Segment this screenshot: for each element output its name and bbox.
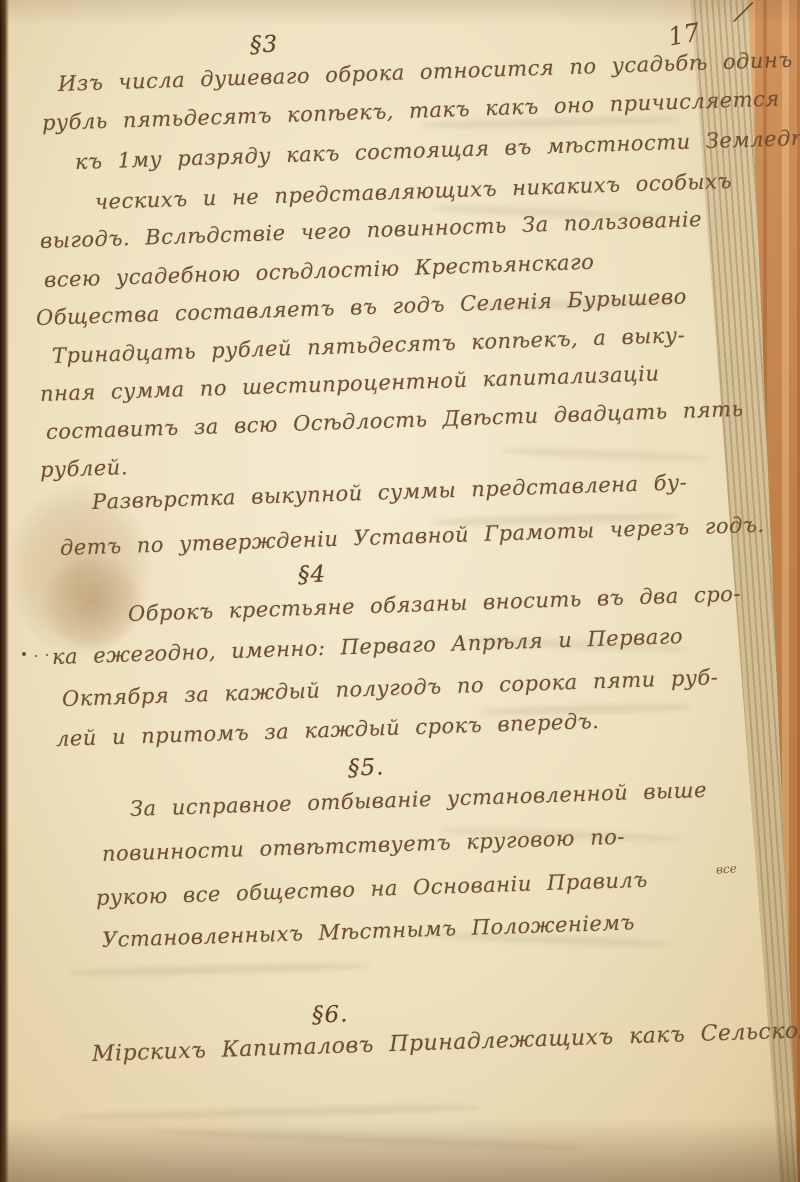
section-heading-6: §6. bbox=[312, 1001, 349, 1028]
folio-number: 17 bbox=[666, 17, 702, 51]
interlinear-note: все bbox=[716, 861, 738, 876]
section-heading-5: §5. bbox=[348, 754, 385, 781]
section-heading-3: §3 bbox=[250, 32, 279, 59]
manuscript-line: рублей. bbox=[40, 455, 129, 482]
bottom-shadow bbox=[0, 1118, 800, 1182]
section-heading-4: §4 bbox=[298, 562, 327, 589]
ink-specks bbox=[22, 652, 26, 656]
